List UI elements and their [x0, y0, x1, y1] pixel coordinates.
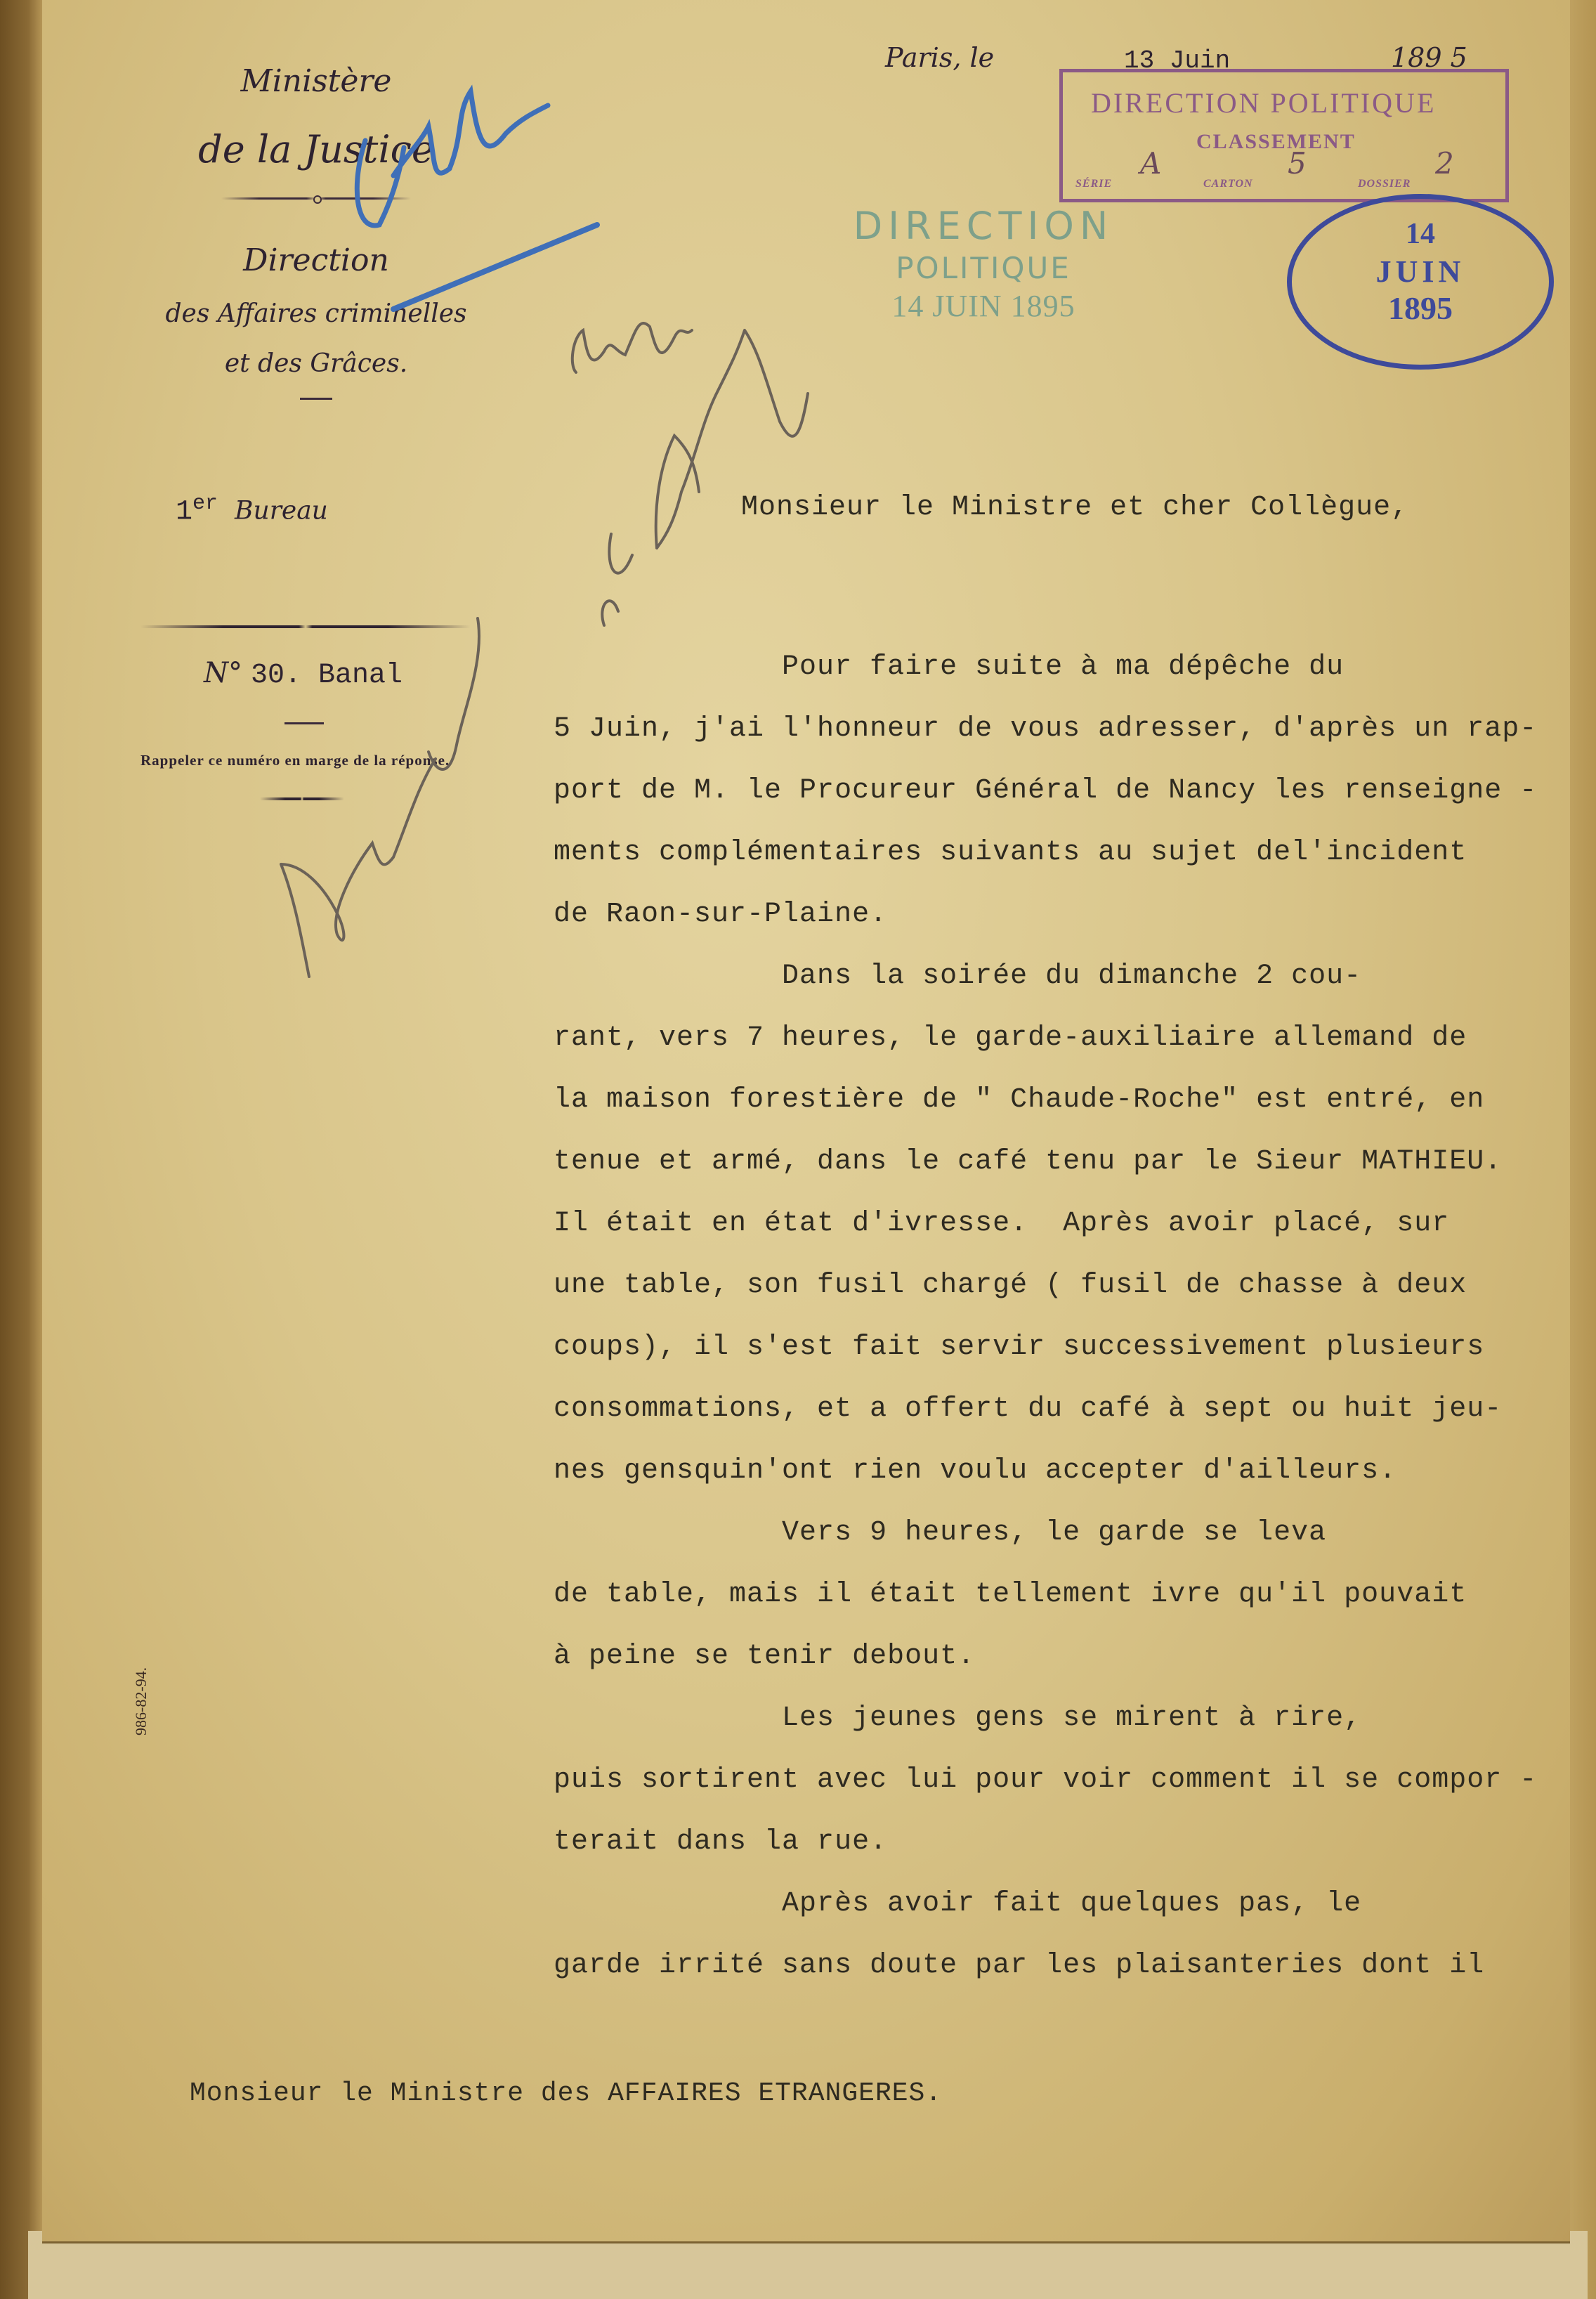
body-line: consommations, et a offert du café à sep…	[554, 1395, 1586, 1457]
dateline-place: Paris, le	[885, 42, 994, 73]
letterhead-direction: Direction	[126, 242, 506, 278]
printer-reference: 986-82-94.	[132, 1667, 150, 1735]
rappeler-note: Rappeler ce numéro en marge de la répons…	[140, 752, 450, 769]
reception-line2: POLITIQUE	[843, 251, 1124, 285]
body-line: de table, mais il était tellement ivre q…	[554, 1581, 1586, 1643]
body-line: une table, son fusil chargé ( fusil de c…	[554, 1272, 1586, 1334]
oval-year: 1895	[1292, 289, 1549, 327]
ornament-divider-2	[260, 797, 344, 800]
numero-label: N°	[204, 657, 242, 689]
oval-day: 14	[1292, 217, 1549, 251]
body-line: Après avoir fait quelques pas, le	[554, 1890, 1586, 1952]
body-line: ments complémentaires suivants au sujet …	[554, 839, 1586, 901]
stamp-title: DIRECTION POLITIQUE	[1091, 86, 1436, 119]
ornament-divider	[221, 196, 411, 200]
short-divider	[300, 398, 332, 400]
numero-value: 30. Banal	[251, 660, 403, 691]
reception-stamp: DIRECTION POLITIQUE 14 JUIN 1895	[843, 204, 1124, 324]
body-line: nes gensquin'ont rien voulu accepter d'a…	[554, 1457, 1586, 1519]
body-line: Vers 9 heures, le garde se leva	[554, 1519, 1586, 1581]
date-oval-stamp: 14 JUIN 1895	[1287, 194, 1554, 370]
reference-number: N°30. Banal	[204, 657, 403, 691]
body-line: terait dans la rue.	[554, 1828, 1586, 1890]
letter-page: Ministère de la Justice Direction des Af…	[42, 0, 1570, 2243]
dateline: Paris, le 13 Juin 189 5	[885, 42, 994, 73]
body-line: garde irrité sans doute par les plaisant…	[554, 1952, 1586, 2014]
letterhead-justice: de la Justice	[126, 127, 506, 171]
body-line: port de M. le Procureur Général de Nancy…	[554, 777, 1586, 839]
bureau-ordinal: er	[192, 492, 218, 516]
flourish-divider	[140, 625, 471, 628]
oval-month: JUIN	[1292, 254, 1549, 289]
body-line: tenue et armé, dans le café tenu par le …	[554, 1148, 1586, 1210]
carton-label: CARTON	[1203, 178, 1253, 190]
body-line: puis sortirent avec lui pour voir commen…	[554, 1766, 1586, 1828]
body-line: Dans la soirée du dimanche 2 cou-	[554, 963, 1586, 1024]
serie-label: SÉRIE	[1075, 178, 1112, 190]
salutation: Monsieur le Ministre et cher Collègue,	[741, 492, 1408, 523]
reception-line3: 14 JUIN 1895	[843, 288, 1124, 324]
body-line: rant, vers 7 heures, le garde-auxiliaire…	[554, 1024, 1586, 1086]
body-line: coups), il s'est fait servir successivem…	[554, 1334, 1586, 1395]
body-line: Les jeunes gens se mirent à rire,	[554, 1705, 1586, 1766]
carton-value: 5	[1288, 146, 1307, 181]
letterhead: Ministère de la Justice Direction des Af…	[126, 56, 506, 400]
addressee: Monsieur le Ministre des AFFAIRES ETRANG…	[190, 2078, 942, 2109]
bureau-number: 1	[176, 496, 192, 528]
dossier-label: DOSSIER	[1358, 178, 1411, 190]
letterhead-ministere: Ministère	[126, 63, 506, 99]
body-line: à peine se tenir debout.	[554, 1643, 1586, 1705]
body-line: 5 Juin, j'ai l'honneur de vous adresser,…	[554, 715, 1586, 777]
dossier-value: 2	[1435, 146, 1454, 181]
stamp-subtitle: CLASSEMENT	[1196, 130, 1356, 154]
bureau-line: 1er Bureau	[176, 492, 328, 528]
letterhead-graces: et des Grâces.	[126, 349, 506, 378]
body-line: la maison forestière de " Chaude-Roche" …	[554, 1086, 1586, 1148]
body-line: Il était en état d'ivresse. Après avoir …	[554, 1210, 1586, 1272]
letter-body: Pour faire suite à ma dépêche du 5 Juin,…	[554, 653, 1586, 2014]
body-line: de Raon-sur-Plaine.	[554, 901, 1586, 963]
classement-stamp: DIRECTION POLITIQUE CLASSEMENT SÉRIE A C…	[1059, 69, 1509, 202]
letterhead-affaires: des Affaires criminelles	[126, 299, 506, 328]
body-line: Pour faire suite à ma dépêche du	[554, 653, 1586, 715]
short-divider-2	[284, 722, 324, 724]
reception-line1: DIRECTION	[843, 204, 1124, 248]
serie-value: A	[1140, 146, 1161, 181]
bureau-label: Bureau	[235, 496, 328, 525]
